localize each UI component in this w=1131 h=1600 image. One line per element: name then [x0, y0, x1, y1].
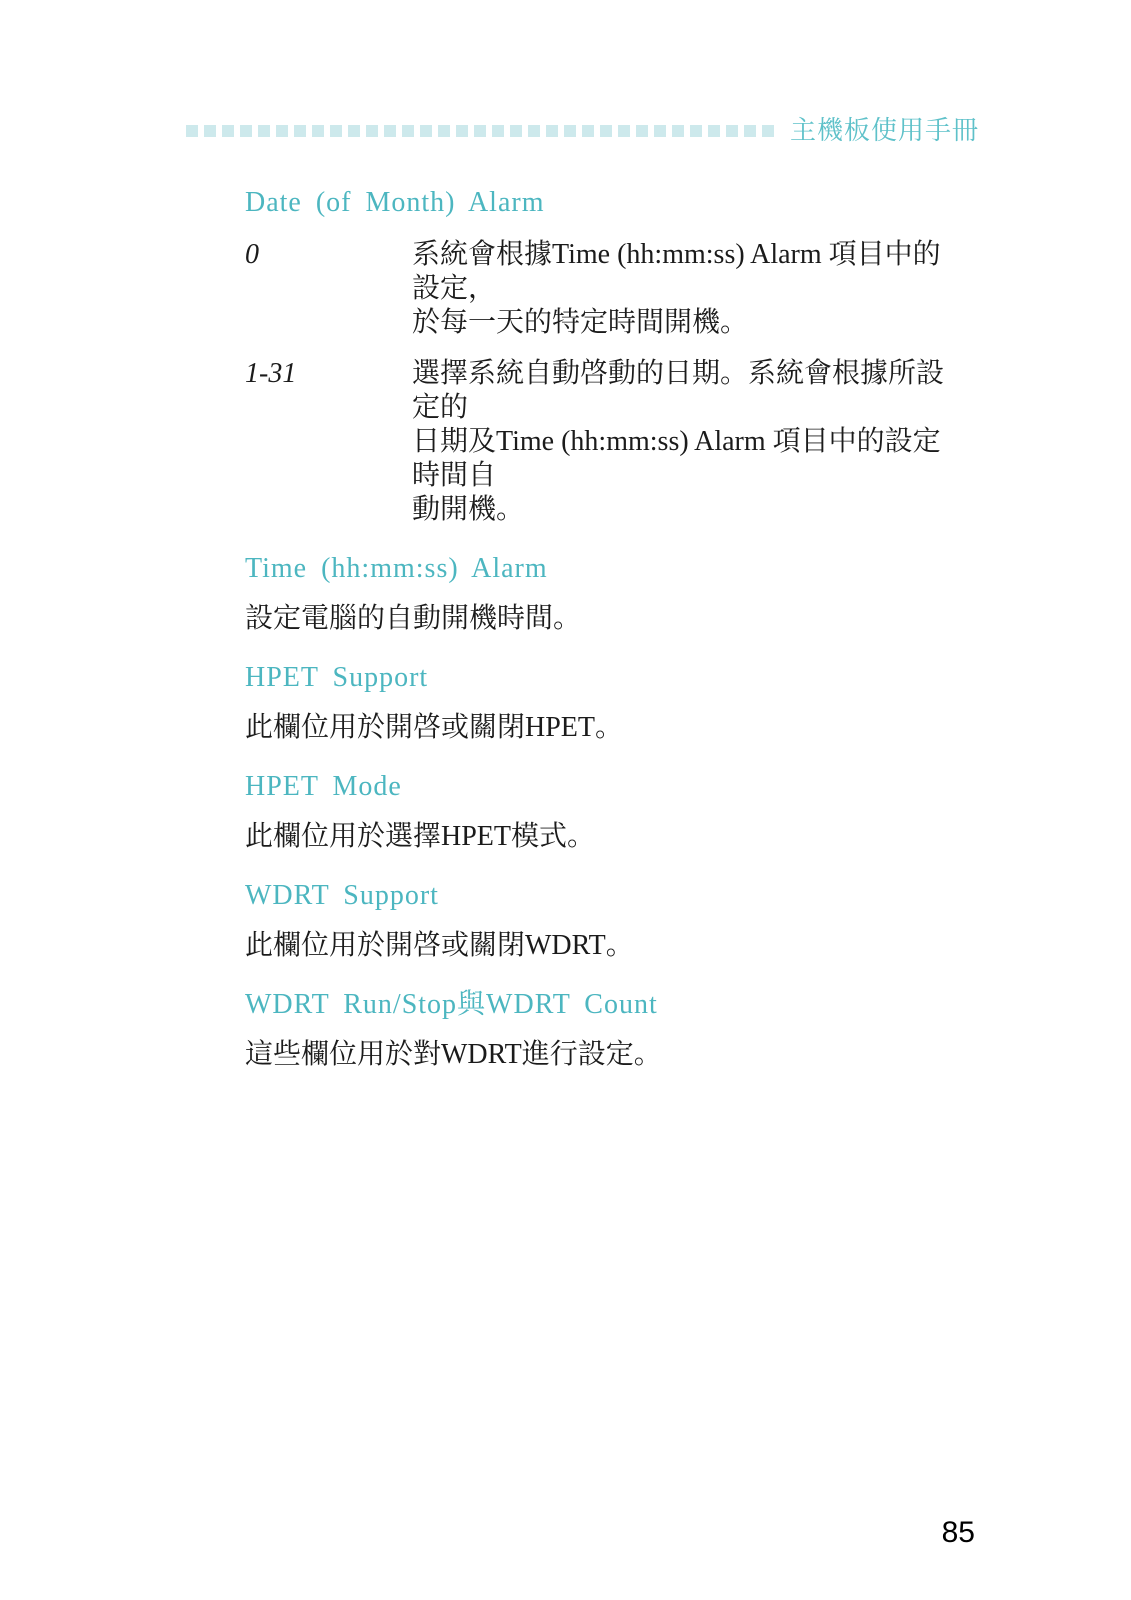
header-square	[456, 125, 468, 137]
section-heading-hpet-mode: HPET Mode	[245, 769, 960, 805]
header-square	[726, 125, 738, 137]
header-square	[438, 125, 450, 137]
header-square	[204, 125, 216, 137]
section-body-time-alarm: 設定電腦的自動開機時間。	[245, 602, 960, 636]
header-square	[294, 125, 306, 137]
header-square	[312, 125, 324, 137]
header-square	[510, 125, 522, 137]
header-square	[474, 125, 486, 137]
term-label: 0	[245, 238, 412, 340]
section-heading-hpet-support: HPET Support	[245, 660, 960, 696]
page-header: 主機板使用手冊	[186, 112, 979, 150]
header-square	[240, 125, 252, 137]
header-square	[492, 125, 504, 137]
section-heading-wdrt-runstop-count: WDRT Run/Stop與WDRT Count	[245, 987, 960, 1023]
header-square	[384, 125, 396, 137]
header-square	[582, 125, 594, 137]
header-square	[600, 125, 612, 137]
term-list: 0 系統會根據Time (hh:mm:ss) Alarm 項目中的設定， 於每一…	[245, 238, 960, 527]
header-squares	[186, 125, 774, 137]
term-text: 選擇系統自動啓動的日期。系統會根據所設定的 日期及Time (hh:mm:ss)…	[412, 357, 960, 527]
header-square	[366, 125, 378, 137]
header-square	[672, 125, 684, 137]
header-square	[564, 125, 576, 137]
manual-title: 主機板使用手冊	[790, 112, 979, 150]
header-square	[402, 125, 414, 137]
page-number: 85	[942, 1516, 975, 1550]
term-label: 1-31	[245, 357, 412, 527]
header-square	[762, 125, 774, 137]
header-square	[690, 125, 702, 137]
section-body-wdrt-runstop-count: 這些欄位用於對WDRT進行設定。	[245, 1038, 960, 1072]
header-square	[420, 125, 432, 137]
header-square	[618, 125, 630, 137]
term-text: 系統會根據Time (hh:mm:ss) Alarm 項目中的設定， 於每一天的…	[412, 238, 960, 340]
section-heading-wdrt-support: WDRT Support	[245, 878, 960, 914]
header-square	[222, 125, 234, 137]
section-heading-time-alarm: Time (hh:mm:ss) Alarm	[245, 551, 960, 587]
header-square	[546, 125, 558, 137]
section-body-hpet-support: 此欄位用於開啓或關閉HPET。	[245, 711, 960, 745]
section-heading-date-of-month-alarm: Date (of Month) Alarm	[245, 185, 960, 221]
section-body-hpet-mode: 此欄位用於選擇HPET模式。	[245, 820, 960, 854]
header-square	[708, 125, 720, 137]
header-square	[348, 125, 360, 137]
header-square	[276, 125, 288, 137]
header-square	[186, 125, 198, 137]
header-square	[528, 125, 540, 137]
section-body-wdrt-support: 此欄位用於開啓或關閉WDRT。	[245, 929, 960, 963]
header-square	[258, 125, 270, 137]
header-square	[330, 125, 342, 137]
header-square	[636, 125, 648, 137]
header-square	[744, 125, 756, 137]
page-content: Date (of Month) Alarm 0 系統會根據Time (hh:mm…	[245, 185, 960, 1072]
header-square	[654, 125, 666, 137]
